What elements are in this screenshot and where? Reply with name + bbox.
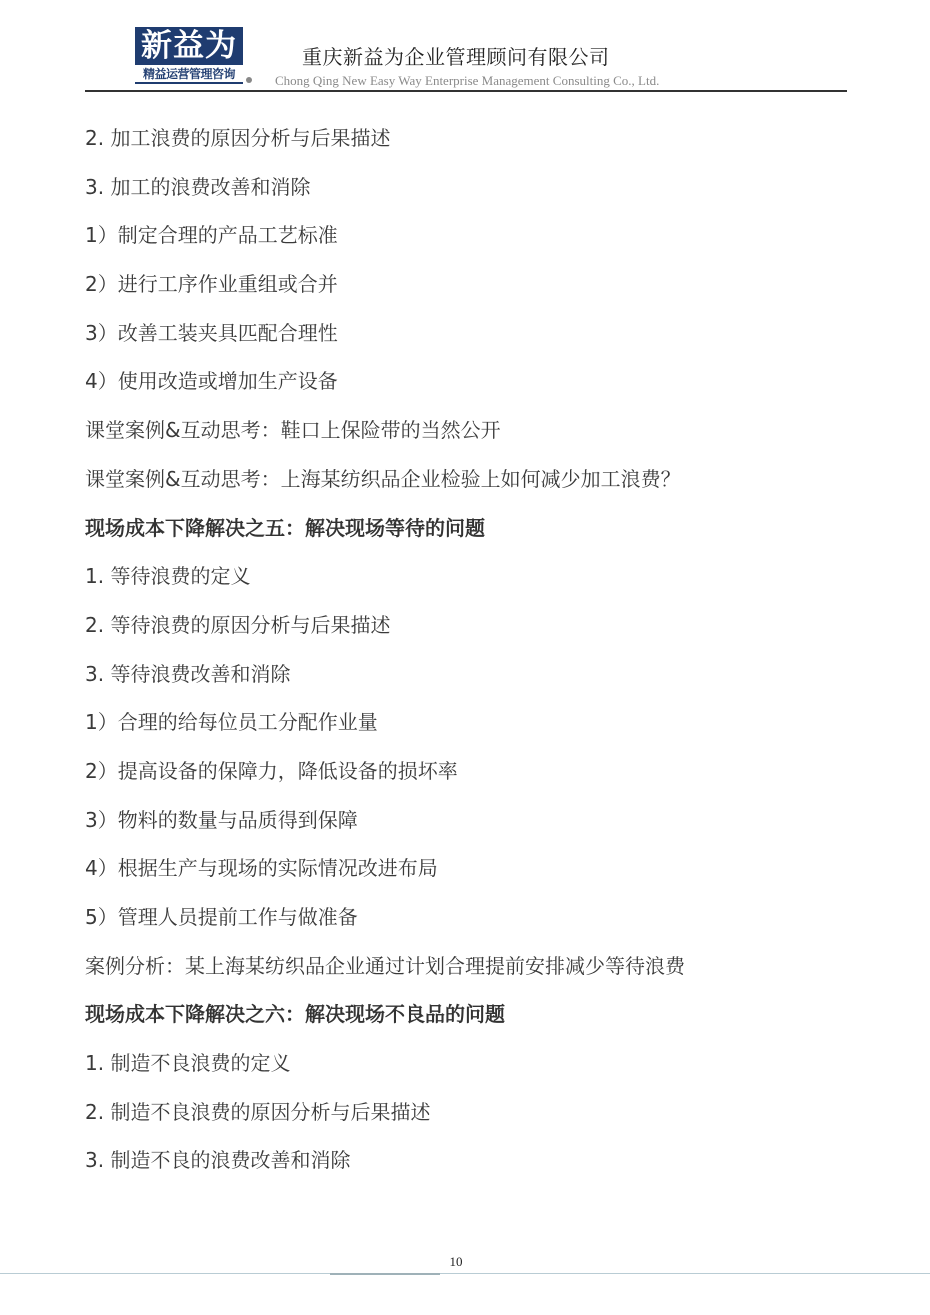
line-item: 3. 制造不良的浪费改善和消除	[85, 1140, 845, 1189]
page-number: 10	[0, 1254, 912, 1270]
line-item: 2）进行工序作业重组或合并	[85, 264, 845, 313]
case-study-line: 课堂案例&互动思考：鞋口上保险带的当然公开	[85, 410, 845, 459]
case-study-line: 课堂案例&互动思考：上海某纺织品企业检验上如何减少加工浪费？	[85, 459, 845, 508]
case-study-line: 案例分析：某上海某纺织品企业通过计划合理提前安排减少等待浪费	[85, 946, 845, 995]
line-item: 3. 等待浪费改善和消除	[85, 654, 845, 703]
footer-divider	[0, 1273, 930, 1274]
line-item: 2. 等待浪费的原因分析与后果描述	[85, 605, 845, 654]
document-body: 2. 加工浪费的原因分析与后果描述 3. 加工的浪费改善和消除 1）制定合理的产…	[85, 118, 845, 1189]
page-header: 新益为 精益运营管理咨询 重庆新益为企业管理顾问有限公司 Chong Qing …	[0, 0, 930, 95]
line-item: 1. 等待浪费的定义	[85, 556, 845, 605]
company-name-en: Chong Qing New Easy Way Enterprise Manag…	[275, 73, 659, 89]
line-item: 1）制定合理的产品工艺标准	[85, 215, 845, 264]
line-item: 4）根据生产与现场的实际情况改进布局	[85, 848, 845, 897]
line-item: 3）物料的数量与品质得到保障	[85, 800, 845, 849]
section-heading: 现场成本下降解决之五：解决现场等待的问题	[85, 508, 845, 557]
footer-divider-accent	[330, 1273, 440, 1275]
section-heading: 现场成本下降解决之六：解决现场不良品的问题	[85, 994, 845, 1043]
line-item: 2. 制造不良浪费的原因分析与后果描述	[85, 1092, 845, 1141]
company-name-cn: 重庆新益为企业管理顾问有限公司	[302, 44, 610, 70]
logo-sub-text: 精益运营管理咨询	[135, 67, 243, 84]
line-item: 1. 制造不良浪费的定义	[85, 1043, 845, 1092]
line-item: 2）提高设备的保障力，降低设备的损坏率	[85, 751, 845, 800]
line-item: 3. 加工的浪费改善和消除	[85, 167, 845, 216]
line-item: 2. 加工浪费的原因分析与后果描述	[85, 118, 845, 167]
line-item: 5）管理人员提前工作与做准备	[85, 897, 845, 946]
company-logo: 新益为 精益运营管理咨询	[135, 27, 243, 85]
logo-main-text: 新益为	[135, 27, 243, 65]
header-divider	[85, 90, 847, 92]
line-item: 4）使用改造或增加生产设备	[85, 361, 845, 410]
line-item: 3）改善工装夹具匹配合理性	[85, 313, 845, 362]
logo-dot-icon	[246, 77, 252, 83]
line-item: 1）合理的给每位员工分配作业量	[85, 702, 845, 751]
